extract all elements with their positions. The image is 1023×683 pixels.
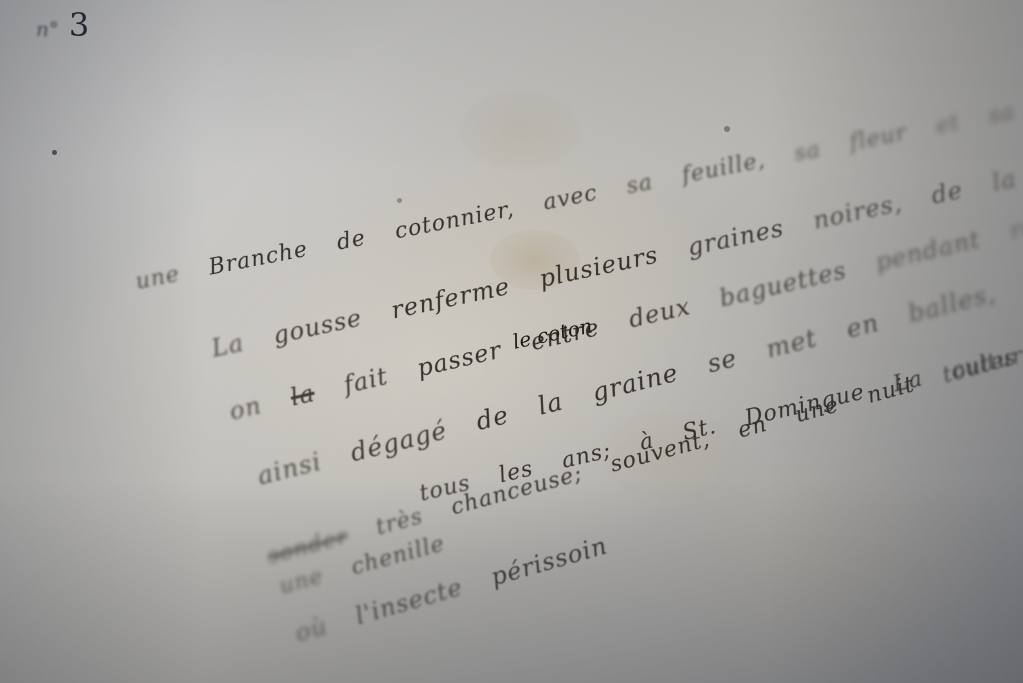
paper-speck bbox=[724, 126, 730, 132]
paper-stain bbox=[460, 90, 580, 170]
folio-number: n°3 bbox=[36, 6, 89, 44]
paper-speck bbox=[397, 198, 402, 203]
folio-prefix: n° bbox=[36, 17, 59, 41]
manuscript-page: n°3 une Branche de cotonnier, avec sa fe… bbox=[0, 0, 1023, 683]
paper-speck bbox=[52, 150, 57, 155]
struck-word: la bbox=[288, 379, 318, 412]
folio-num: 3 bbox=[69, 6, 89, 44]
